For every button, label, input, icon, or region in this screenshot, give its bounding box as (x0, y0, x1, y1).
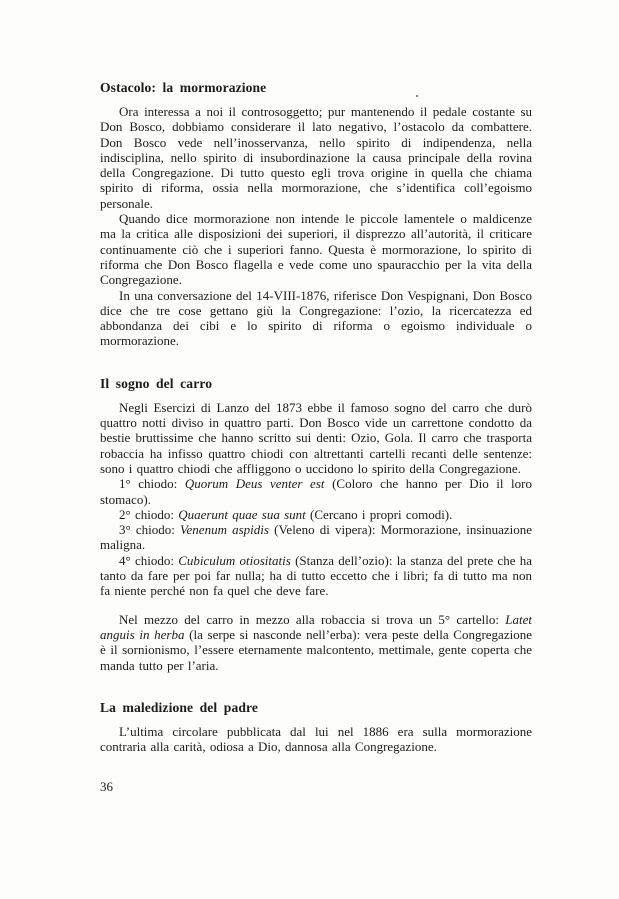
paragraph: L’ultima circolare pubblicata dal lui ne… (100, 724, 532, 755)
section-sogno-del-carro: Il sogno del carro Negli Esercizi di Lan… (100, 376, 532, 673)
latin-phrase: Quorum Deus venter est (185, 476, 325, 491)
chiodo-item-4: 4° chiodo: Cubiculum otiositatis (Stanza… (100, 553, 532, 599)
section-maledizione-del-padre: La maledizione del padre L’ultima circol… (100, 700, 532, 755)
chiodo-item-1: 1° chiodo: Quorum Deus venter est (Color… (100, 476, 532, 507)
chiodo-label: 3° chiodo: (119, 522, 180, 537)
chiodo-label: 1° chiodo: (119, 476, 185, 491)
cartello-paragraph: Nel mezzo del carro in mezzo alla robacc… (100, 612, 532, 673)
chiodo-item-3: 3° chiodo: Venenum aspidis (Veleno di vi… (100, 522, 532, 553)
latin-phrase: Venenum aspidis (180, 522, 269, 537)
page-number: 36 (100, 779, 113, 795)
paragraph: Negli Esercizi di Lanzo del 1873 ebbe il… (100, 400, 532, 476)
paragraph: In una conversazione del 14-VIII-1876, r… (100, 288, 532, 349)
chiodo-label: 2° chiodo: (119, 507, 178, 522)
book-page: Ostacolo: la mormorazione Ora interessa … (0, 0, 619, 899)
latin-phrase: Quaerunt quae sua sunt (178, 507, 306, 522)
section-heading: Ostacolo: la mormorazione (100, 80, 532, 95)
paragraph: Ora interessa a noi il controsoggetto; p… (100, 104, 532, 211)
section-heading: La maledizione del padre (100, 700, 532, 715)
latin-phrase: Cubiculum otiositatis (178, 553, 291, 568)
text-column: Ostacolo: la mormorazione Ora interessa … (100, 80, 532, 754)
section-heading: Il sogno del carro (100, 376, 532, 391)
paragraph: Quando dice mormorazione non intende le … (100, 211, 532, 287)
chiodo-label: 4° chiodo: (119, 553, 178, 568)
chiodo-item-2: 2° chiodo: Quaerunt quae sua sunt (Cerca… (100, 507, 532, 522)
chiodo-text: (Cercano i propri comodi). (306, 507, 453, 522)
cartello-text: Nel mezzo del carro in mezzo alla robacc… (119, 612, 505, 627)
section-ostacolo-mormorazione: Ostacolo: la mormorazione Ora interessa … (100, 80, 532, 349)
